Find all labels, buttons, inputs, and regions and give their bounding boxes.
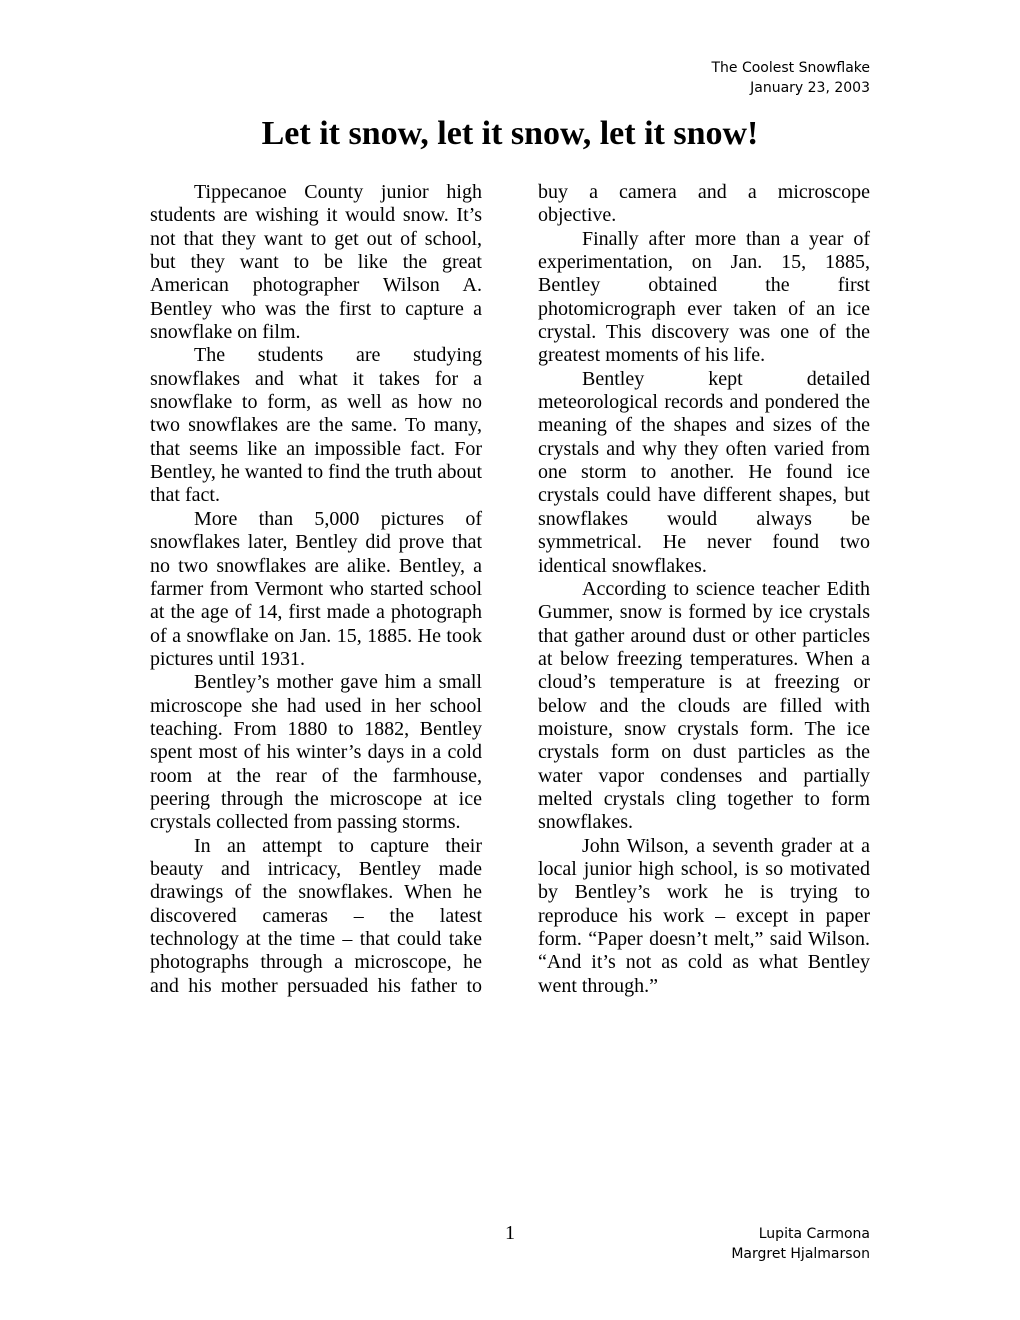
paragraph: John Wilson, a seventh grader at a local…	[538, 835, 870, 998]
article-title: Let it snow, let it snow, let it snow!	[150, 112, 870, 156]
footer-authors: Lupita Carmona Margret Hjalmarson	[731, 1224, 870, 1264]
footer-author: Margret Hjalmarson	[731, 1244, 870, 1264]
header-publication-title: The Coolest Snowflake	[711, 58, 870, 78]
article-body: Tippecanoe County junior high students a…	[150, 181, 870, 998]
page-header: The Coolest Snowflake January 23, 2003	[711, 58, 870, 98]
paragraph: Finally after more than a year of experi…	[538, 228, 870, 368]
paragraph: More than 5,000 pictures of snowflakes l…	[150, 508, 482, 671]
article-column-right: buy a camera and a microscope objective.…	[538, 181, 870, 998]
paragraph: In an attempt to capture their beauty an…	[150, 835, 482, 998]
paragraph-continuation: buy a camera and a microscope objective.	[538, 181, 870, 228]
paragraph: The students are studying snowflakes and…	[150, 344, 482, 507]
article-column-left: Tippecanoe County junior high students a…	[150, 181, 482, 998]
header-date: January 23, 2003	[711, 78, 870, 98]
footer-author: Lupita Carmona	[731, 1224, 870, 1244]
document-page: The Coolest Snowflake January 23, 2003 L…	[0, 0, 1020, 1320]
paragraph: Bentley kept detailed meteorological rec…	[538, 368, 870, 578]
paragraph: Bentley’s mother gave him a small micros…	[150, 671, 482, 834]
paragraph: According to science teacher Edith Gumme…	[538, 578, 870, 835]
paragraph: Tippecanoe County junior high students a…	[150, 181, 482, 344]
